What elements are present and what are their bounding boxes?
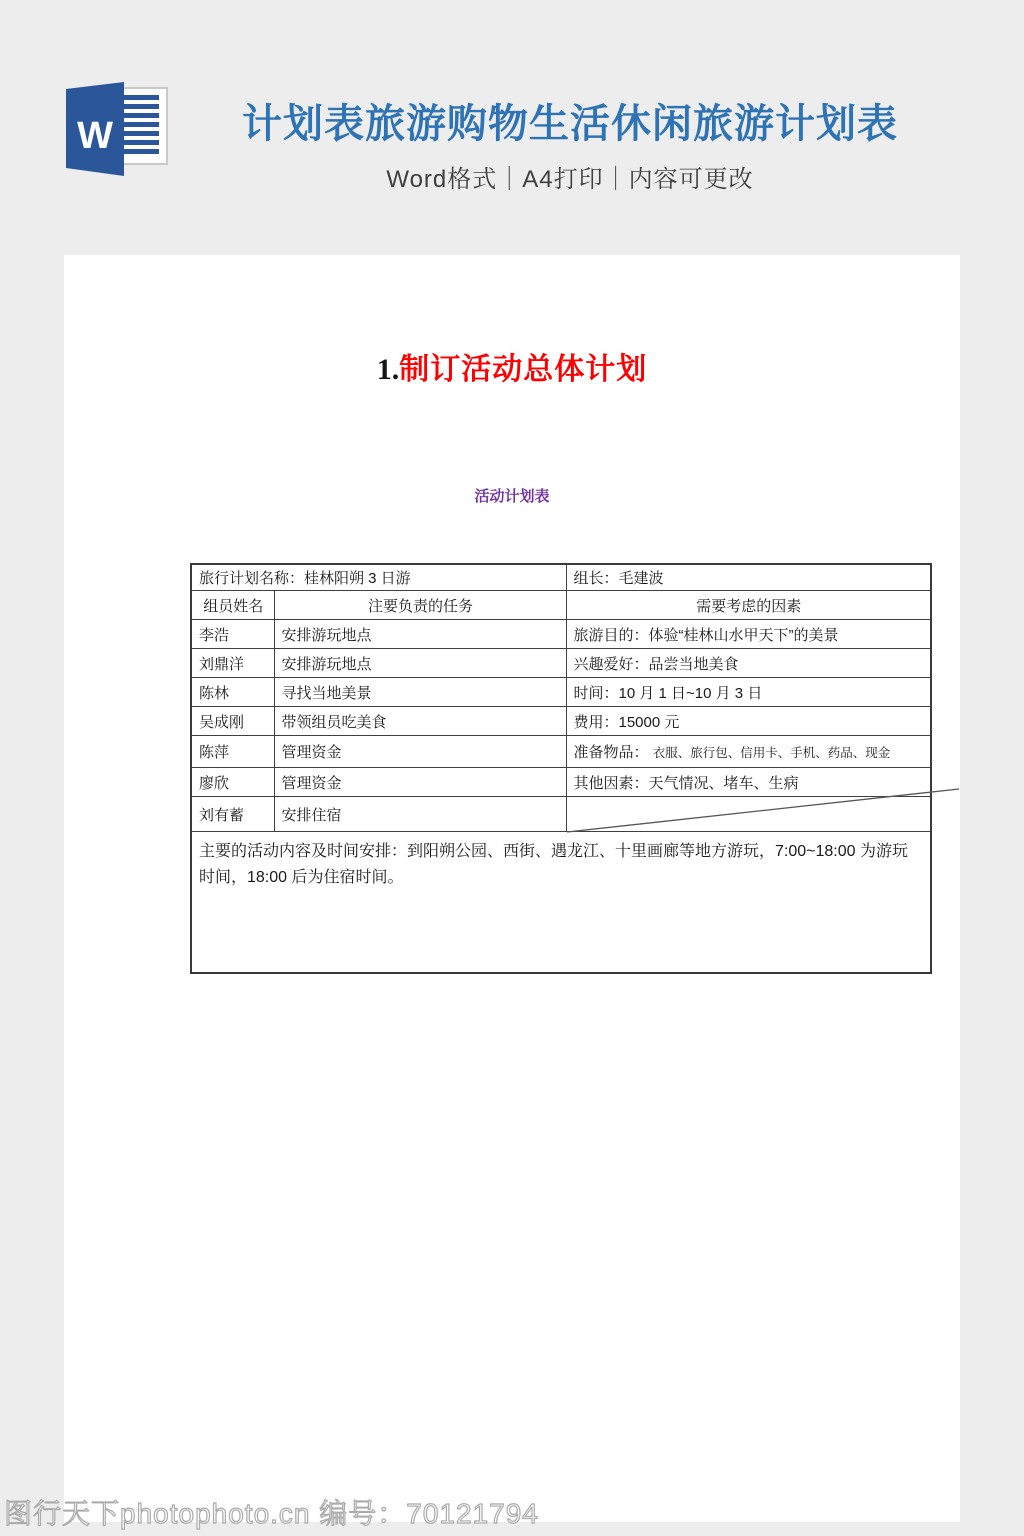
table-summary-row: 主要的活动内容及时间安排：到阳朔公园、西街、遇龙江、十里画廊等地方游玩，7:00… <box>191 832 931 973</box>
col-header-task: 注要负责的任务 <box>274 591 566 620</box>
section-title: 制订活动总体计划 <box>399 353 647 386</box>
member-name: 吴成刚 <box>191 707 274 736</box>
member-task: 管理资金 <box>274 768 566 797</box>
col-header-factor: 需要考虑的因素 <box>566 591 931 620</box>
member-name: 廖欣 <box>191 768 274 797</box>
member-task: 带领组员吃美食 <box>274 707 566 736</box>
template-subtitle: Word格式｜A4打印｜内容可更改 <box>180 159 960 194</box>
member-name: 刘鼎洋 <box>191 649 274 678</box>
empty-diagonal-cell <box>566 797 931 832</box>
table-row: 陈萍 管理资金 准备物品： 衣服、旅行包、信用卡、手机、药品、现金 <box>191 736 931 768</box>
page-background: W 计划表旅游购物生活休闲旅游计划表 Word格式｜A4打印｜内容可更改 1.制… <box>0 0 1024 1536</box>
member-task: 安排游玩地点 <box>274 649 566 678</box>
template-title: 计划表旅游购物生活休闲旅游计划表 <box>180 92 960 149</box>
factor-cell: 其他因素：天气情况、堵车、生病 <box>566 768 931 797</box>
activity-plan-table: 旅行计划名称：桂林阳朔 3 日游 组长：毛建波 组员姓名 注要负责的任务 需要考… <box>190 563 932 974</box>
site-watermark: 图行天下photophoto.cn 编号：70121794 <box>4 1492 539 1532</box>
table-row: 廖欣 管理资金 其他因素：天气情况、堵车、生病 <box>191 768 931 797</box>
table-row: 陈林 寻找当地美景 时间：10 月 1 日~10 月 3 日 <box>191 678 931 707</box>
member-task: 安排住宿 <box>274 797 566 832</box>
member-name: 陈萍 <box>191 736 274 768</box>
table-row: 旅行计划名称：桂林阳朔 3 日游 组长：毛建波 <box>191 564 931 591</box>
member-task: 寻找当地美景 <box>274 678 566 707</box>
factor-items: 衣服、旅行包、信用卡、手机、药品、现金 <box>653 746 891 760</box>
word-icon-letter: W <box>77 115 113 157</box>
member-task: 管理资金 <box>274 736 566 768</box>
header-titles: 计划表旅游购物生活休闲旅游计划表 Word格式｜A4打印｜内容可更改 <box>180 0 960 194</box>
factor-label: 准备物品： <box>574 744 649 761</box>
member-name: 陈林 <box>191 678 274 707</box>
section-heading: 1.制订活动总体计划 <box>64 352 960 388</box>
table-caption: 活动计划表 <box>64 485 960 506</box>
table-header-row: 组员姓名 注要负责的任务 需要考虑的因素 <box>191 591 931 620</box>
factor-cell: 时间：10 月 1 日~10 月 3 日 <box>566 678 931 707</box>
factor-cell: 准备物品： 衣服、旅行包、信用卡、手机、药品、现金 <box>566 736 931 768</box>
summary-cell: 主要的活动内容及时间安排：到阳朔公园、西街、遇龙江、十里画廊等地方游玩，7:00… <box>191 832 931 973</box>
table-row: 刘有蓄 安排住宿 <box>191 797 931 832</box>
member-name: 刘有蓄 <box>191 797 274 832</box>
word-logo-icon: W <box>56 77 176 187</box>
table-row: 李浩 安排游玩地点 旅游目的：体验“桂林山水甲天下”的美景 <box>191 620 931 649</box>
header: W 计划表旅游购物生活休闲旅游计划表 Word格式｜A4打印｜内容可更改 <box>0 0 1024 255</box>
factor-cell: 兴趣爱好：品尝当地美食 <box>566 649 931 678</box>
factor-cell: 旅游目的：体验“桂林山水甲天下”的美景 <box>566 620 931 649</box>
table-row: 吴成刚 带领组员吃美食 费用：15000 元 <box>191 707 931 736</box>
plan-name-cell: 旅行计划名称：桂林阳朔 3 日游 <box>191 564 566 591</box>
member-name: 李浩 <box>191 620 274 649</box>
word-icon: W <box>56 77 176 187</box>
table-row: 刘鼎洋 安排游玩地点 兴趣爱好：品尝当地美食 <box>191 649 931 678</box>
leader-cell: 组长：毛建波 <box>566 564 931 591</box>
member-task: 安排游玩地点 <box>274 620 566 649</box>
document-page: 1.制订活动总体计划 活动计划表 旅行计划名称：桂林阳朔 3 日游 组长：毛建波… <box>64 255 960 1522</box>
col-header-name: 组员姓名 <box>191 591 274 620</box>
section-number: 1. <box>377 353 400 386</box>
factor-cell: 费用：15000 元 <box>566 707 931 736</box>
